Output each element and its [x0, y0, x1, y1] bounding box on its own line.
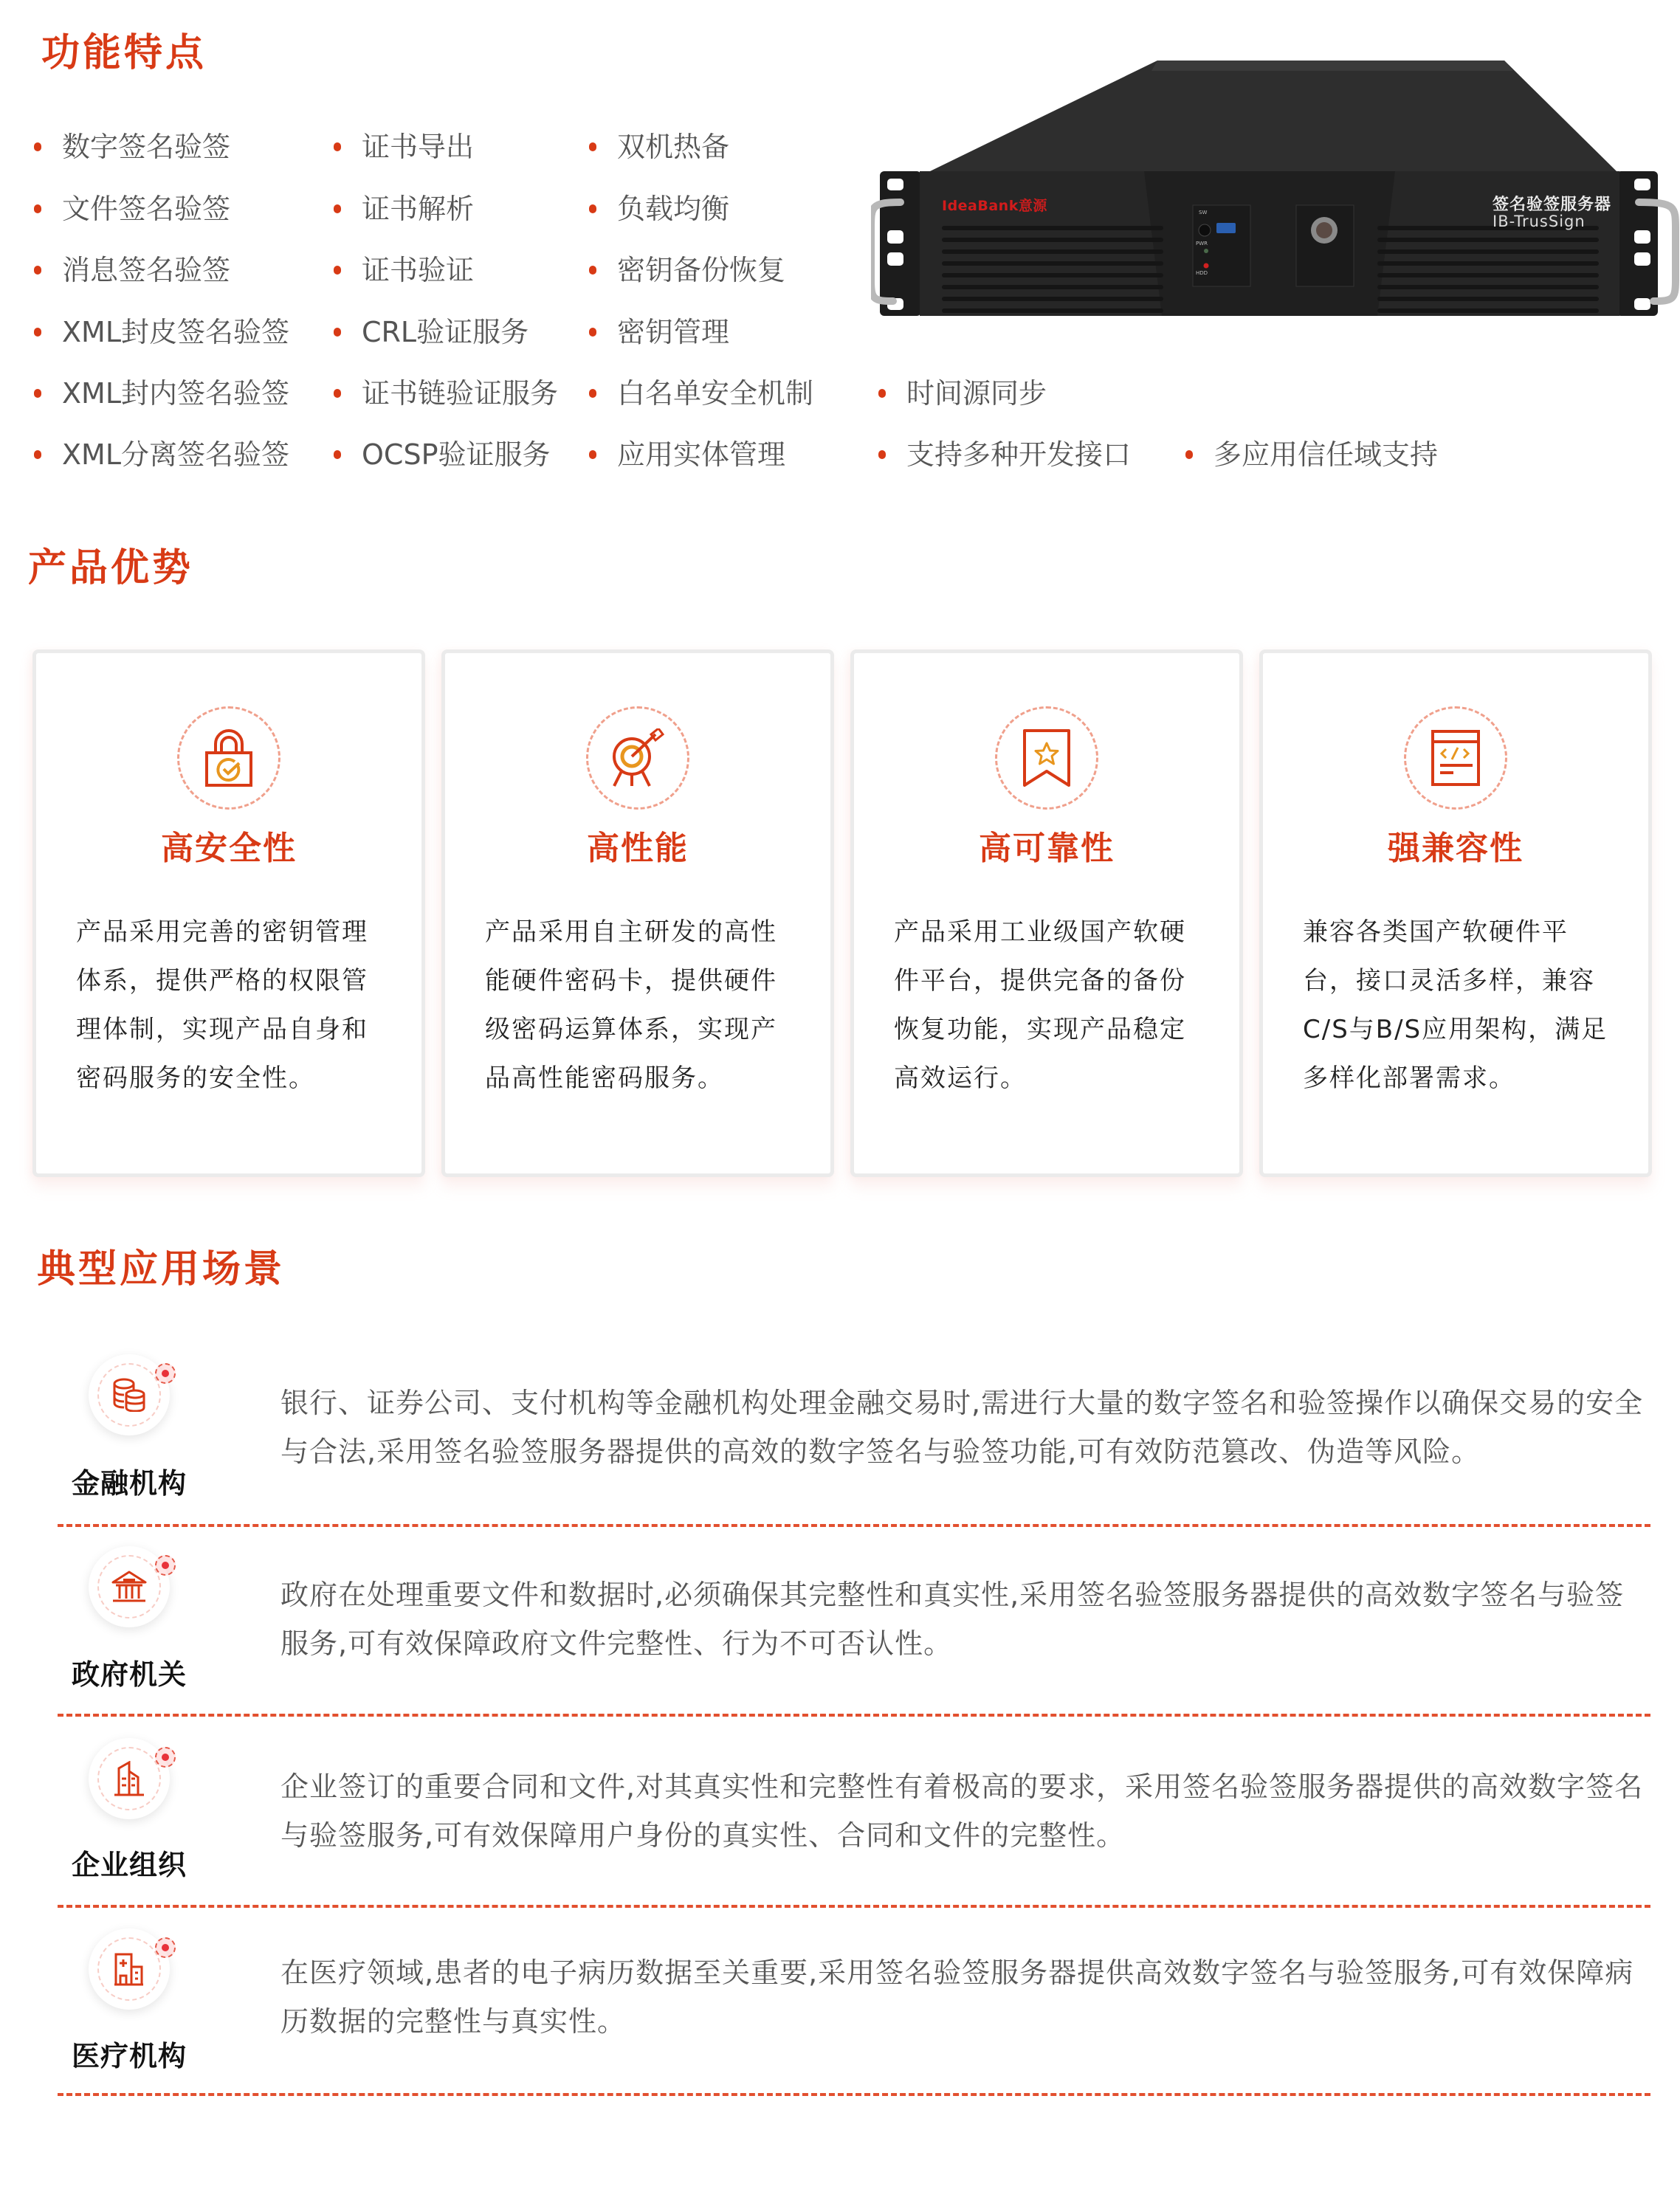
product-brand: IdeaBank意源 — [942, 195, 1047, 215]
bullet-dot — [878, 450, 886, 459]
panel-label-power: PWR — [1196, 241, 1208, 246]
feature-item: 白名单安全机制 — [589, 379, 813, 407]
bullet-dot — [34, 328, 41, 337]
advantage-card-reliability: 高可靠性 产品采用工业级国产软硬件平台，提供完备的备份恢复功能，实现产品稳定高效… — [850, 649, 1243, 1177]
feature-item: 证书链验证服务 — [334, 379, 558, 407]
advantage-card-performance: 高性能 产品采用自主研发的高性能硬件密码卡，提供硬件级密码运算体系，实现产品高性… — [441, 649, 834, 1177]
product-image-server: IdeaBank意源 签名验签服务器 IB-TrusSign SW PWR HD… — [871, 44, 1680, 339]
scenario-label: 金融机构 — [52, 1469, 207, 1497]
bullet-dot — [589, 389, 596, 398]
bullet-dot — [34, 142, 41, 151]
scenario-description: 银行、证券公司、支付机构等金融机构处理金融交易时,需进行大量的数字签名和验签操作… — [280, 1379, 1650, 1476]
panel-label-disk: HDD — [1196, 270, 1208, 276]
bullet-dot — [334, 450, 341, 459]
card-title: 高性能 — [445, 832, 830, 865]
feature-item: 支持多种开发接口 — [878, 441, 1131, 469]
card-title: 高安全性 — [36, 832, 421, 865]
advantage-card-security: 高安全性 产品采用完善的密钥管理体系，提供严格的权限管理体制，实现产品自身和密码… — [32, 649, 425, 1177]
feature-item: 数字签名验签 — [34, 133, 230, 161]
features-title: 功能特点 — [41, 34, 207, 72]
card-description: 兼容各类国产软硬件平台，接口灵活多样，兼容C/S与B/S应用架构，满足多样化部署… — [1303, 908, 1619, 1103]
bullet-dot — [589, 450, 596, 459]
icon-ring — [586, 706, 689, 810]
scenario-icon-enterprise — [89, 1738, 170, 1819]
bullet-dot — [334, 389, 341, 398]
bullet-dot — [1185, 450, 1193, 459]
feature-item: 文件签名验签 — [34, 195, 230, 223]
location-pin-icon — [155, 1363, 176, 1384]
bullet-dot — [34, 450, 41, 459]
scenario-label: 政府机关 — [52, 1661, 207, 1689]
icon-ring — [995, 706, 1098, 810]
bullet-dot — [589, 328, 596, 337]
bullet-dot — [589, 142, 596, 151]
card-title: 高可靠性 — [854, 832, 1239, 865]
scenarios-title: 典型应用场景 — [37, 1250, 285, 1289]
bullet-dot — [878, 389, 886, 398]
feature-item: 时间源同步 — [878, 379, 1047, 407]
bullet-dot — [34, 266, 41, 275]
advantage-card-compatibility: 强兼容性 兼容各类国产软硬件平台，接口灵活多样，兼容C/S与B/S应用架构，满足… — [1259, 649, 1652, 1177]
bullet-dot — [34, 204, 41, 213]
ribbon-star-icon — [1022, 728, 1071, 787]
bullet-dot — [589, 204, 596, 213]
bullet-dot — [34, 389, 41, 398]
dashed-divider — [58, 1905, 1650, 1908]
product-model: IB-TrusSign — [1493, 213, 1586, 230]
product-device-name: 签名验签服务器 — [1493, 192, 1611, 215]
scenario-label: 医疗机构 — [52, 2042, 207, 2070]
scenario-label: 企业组织 — [52, 1851, 207, 1879]
card-title: 强兼容性 — [1263, 832, 1648, 865]
scenario-icon-medical — [89, 1928, 170, 2010]
dashed-divider — [58, 1714, 1650, 1717]
feature-item: 双机热备 — [589, 133, 729, 161]
scenario-description: 政府在处理重要文件和数据时,必须确保其完整性和真实性,采用签名验签服务器提供的高… — [280, 1571, 1650, 1668]
location-pin-icon — [155, 1937, 176, 1958]
bullet-dot — [334, 266, 341, 275]
lock-check-icon — [205, 729, 252, 787]
panel-label-switch: SW — [1199, 210, 1207, 216]
feature-item: 消息签名验签 — [34, 256, 230, 284]
scenario-icon-finance — [89, 1354, 170, 1435]
feature-item: 密钥备份恢复 — [589, 256, 785, 284]
scenario-description: 在医疗领域,患者的电子病历数据至关重要,采用签名验签服务器提供高效数字签名与验签… — [280, 1948, 1650, 2046]
feature-item: 证书导出 — [334, 133, 474, 161]
location-pin-icon — [155, 1747, 176, 1768]
feature-item: 密钥管理 — [589, 318, 729, 346]
bullet-dot — [334, 204, 341, 213]
bullet-dot — [334, 328, 341, 337]
bullet-dot — [589, 266, 596, 275]
dashed-divider — [58, 2093, 1650, 2096]
feature-item: 负载均衡 — [589, 195, 729, 223]
icon-ring — [1404, 706, 1507, 810]
advantages-title: 产品优势 — [28, 549, 193, 587]
location-pin-icon — [155, 1555, 176, 1576]
target-arrow-icon — [610, 728, 666, 787]
feature-item: CRL验证服务 — [334, 318, 529, 346]
feature-item: XML封皮签名验签 — [34, 318, 289, 346]
feature-item: 证书解析 — [334, 195, 474, 223]
card-description: 产品采用工业级国产软硬件平台，提供完备的备份恢复功能，实现产品稳定高效运行。 — [894, 908, 1210, 1103]
dashed-divider — [58, 1524, 1650, 1527]
feature-item: 证书验证 — [334, 256, 474, 284]
card-description: 产品采用自主研发的高性能硬件密码卡，提供硬件级密码运算体系，实现产品高性能密码服… — [485, 908, 801, 1103]
card-description: 产品采用完善的密钥管理体系，提供严格的权限管理体制，实现产品自身和密码服务的安全… — [76, 908, 392, 1103]
scenario-icon-government — [89, 1546, 170, 1627]
scenario-description: 企业签订的重要合同和文件,对其真实性和完整性有着极高的要求，采用签名验签服务器提… — [280, 1762, 1650, 1860]
feature-item: OCSP验证服务 — [334, 441, 550, 469]
feature-item: XML封内签名验签 — [34, 379, 289, 407]
bullet-dot — [334, 142, 341, 151]
feature-item: XML分离签名验签 — [34, 441, 289, 469]
feature-item: 应用实体管理 — [589, 441, 785, 469]
code-window-icon — [1431, 730, 1480, 786]
feature-item: 多应用信任域支持 — [1185, 441, 1438, 469]
icon-ring — [177, 706, 280, 810]
